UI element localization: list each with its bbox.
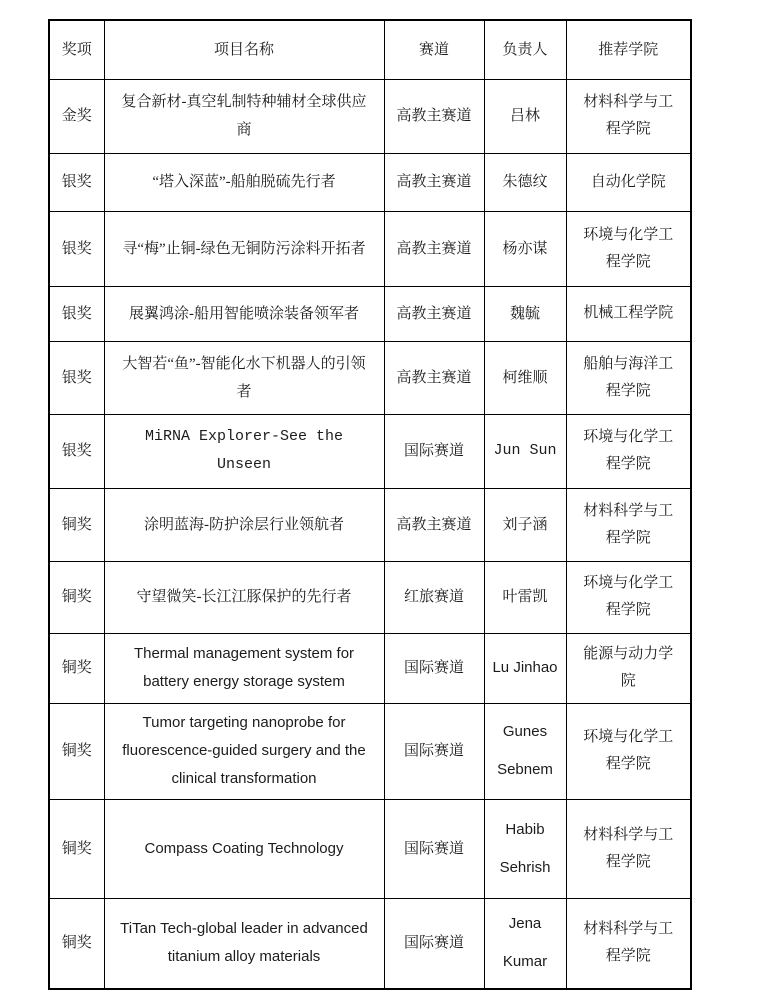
table-row: 铜奖 涂明蓝海-防护涂层行业领航者 高教主赛道 刘子涵 材料科学与工程学院 (49, 488, 691, 561)
college-cell: 材料科学与工程学院 (566, 488, 691, 561)
track-cell: 国际赛道 (384, 703, 484, 799)
leader-cell: 杨亦谋 (484, 211, 566, 286)
award-cell: 铜奖 (49, 488, 104, 561)
award-cell: 铜奖 (49, 898, 104, 989)
leader-cell: 刘子涵 (484, 488, 566, 561)
award-cell: 铜奖 (49, 703, 104, 799)
table-row: 银奖 大智若“鱼”-智能化水下机器人的引领者 高教主赛道 柯维顺 船舶与海洋工程… (49, 341, 691, 414)
award-cell: 铜奖 (49, 561, 104, 633)
track-cell: 国际赛道 (384, 633, 484, 703)
header-track: 赛道 (384, 20, 484, 79)
award-cell: 银奖 (49, 414, 104, 488)
header-award: 奖项 (49, 20, 104, 79)
college-cell: 能源与动力学院 (566, 633, 691, 703)
leader-cell: 朱德纹 (484, 153, 566, 211)
track-cell: 高教主赛道 (384, 79, 484, 153)
college-cell: 机械工程学院 (566, 286, 691, 341)
track-cell: 国际赛道 (384, 414, 484, 488)
project-cell: 复合新材-真空轧制特种辅材全球供应商 (104, 79, 384, 153)
award-cell: 银奖 (49, 211, 104, 286)
project-cell: “塔入深蓝”-船舶脱硫先行者 (104, 153, 384, 211)
project-cell: TiTan Tech-global leader in advanced tit… (104, 898, 384, 989)
table-row: 铜奖 守望微笑-长江江豚保护的先行者 红旅赛道 叶雷凯 环境与化学工程学院 (49, 561, 691, 633)
leader-cell: 吕林 (484, 79, 566, 153)
college-cell: 材料科学与工程学院 (566, 799, 691, 898)
college-cell: 自动化学院 (566, 153, 691, 211)
track-cell: 国际赛道 (384, 898, 484, 989)
leader-cell: Jun Sun (484, 414, 566, 488)
table-row: 银奖 MiRNA Explorer-See the Unseen 国际赛道 Ju… (49, 414, 691, 488)
track-cell: 红旅赛道 (384, 561, 484, 633)
award-cell: 铜奖 (49, 799, 104, 898)
header-project: 项目名称 (104, 20, 384, 79)
track-cell: 高教主赛道 (384, 286, 484, 341)
college-cell: 环境与化学工程学院 (566, 414, 691, 488)
college-cell: 环境与化学工程学院 (566, 561, 691, 633)
document-page: 奖项 项目名称 赛道 负责人 推荐学院 金奖 复合新材-真空轧制特种辅材全球供应… (0, 0, 761, 1005)
project-cell: 守望微笑-长江江豚保护的先行者 (104, 561, 384, 633)
award-cell: 铜奖 (49, 633, 104, 703)
table-row: 铜奖 TiTan Tech-global leader in advanced … (49, 898, 691, 989)
leader-cell: 叶雷凯 (484, 561, 566, 633)
table-row: 铜奖 Compass Coating Technology 国际赛道 Habib… (49, 799, 691, 898)
college-cell: 环境与化学工程学院 (566, 211, 691, 286)
project-cell: Tumor targeting nanoprobe for fluorescen… (104, 703, 384, 799)
track-cell: 高教主赛道 (384, 211, 484, 286)
table-header-row: 奖项 项目名称 赛道 负责人 推荐学院 (49, 20, 691, 79)
college-cell: 船舶与海洋工程学院 (566, 341, 691, 414)
header-college: 推荐学院 (566, 20, 691, 79)
project-cell: 展翼鸿涂-船用智能喷涂装备领军者 (104, 286, 384, 341)
leader-cell: Jena Kumar (484, 898, 566, 989)
award-cell: 银奖 (49, 341, 104, 414)
project-cell: Compass Coating Technology (104, 799, 384, 898)
leader-cell: Gunes Sebnem (484, 703, 566, 799)
table-row: 银奖 寻“梅”止铜-绿色无铜防污涂料开拓者 高教主赛道 杨亦谋 环境与化学工程学… (49, 211, 691, 286)
track-cell: 高教主赛道 (384, 488, 484, 561)
college-cell: 环境与化学工程学院 (566, 703, 691, 799)
project-cell: 寻“梅”止铜-绿色无铜防污涂料开拓者 (104, 211, 384, 286)
track-cell: 高教主赛道 (384, 153, 484, 211)
table-row: 银奖 展翼鸿涂-船用智能喷涂装备领军者 高教主赛道 魏毓 机械工程学院 (49, 286, 691, 341)
college-cell: 材料科学与工程学院 (566, 79, 691, 153)
project-cell: 大智若“鱼”-智能化水下机器人的引领者 (104, 341, 384, 414)
track-cell: 国际赛道 (384, 799, 484, 898)
leader-cell: 柯维顺 (484, 341, 566, 414)
table-row: 金奖 复合新材-真空轧制特种辅材全球供应商 高教主赛道 吕林 材料科学与工程学院 (49, 79, 691, 153)
leader-cell: Lu Jinhao (484, 633, 566, 703)
track-cell: 高教主赛道 (384, 341, 484, 414)
leader-cell: Habib Sehrish (484, 799, 566, 898)
college-cell: 材料科学与工程学院 (566, 898, 691, 989)
award-cell: 金奖 (49, 79, 104, 153)
award-cell: 银奖 (49, 153, 104, 211)
award-cell: 银奖 (49, 286, 104, 341)
table-row: 银奖 “塔入深蓝”-船舶脱硫先行者 高教主赛道 朱德纹 自动化学院 (49, 153, 691, 211)
project-cell: 涂明蓝海-防护涂层行业领航者 (104, 488, 384, 561)
project-cell: Thermal management system for battery en… (104, 633, 384, 703)
award-results-table: 奖项 项目名称 赛道 负责人 推荐学院 金奖 复合新材-真空轧制特种辅材全球供应… (48, 19, 692, 990)
header-leader: 负责人 (484, 20, 566, 79)
project-cell: MiRNA Explorer-See the Unseen (104, 414, 384, 488)
leader-cell: 魏毓 (484, 286, 566, 341)
table-row: 铜奖 Thermal management system for battery… (49, 633, 691, 703)
table-row: 铜奖 Tumor targeting nanoprobe for fluores… (49, 703, 691, 799)
